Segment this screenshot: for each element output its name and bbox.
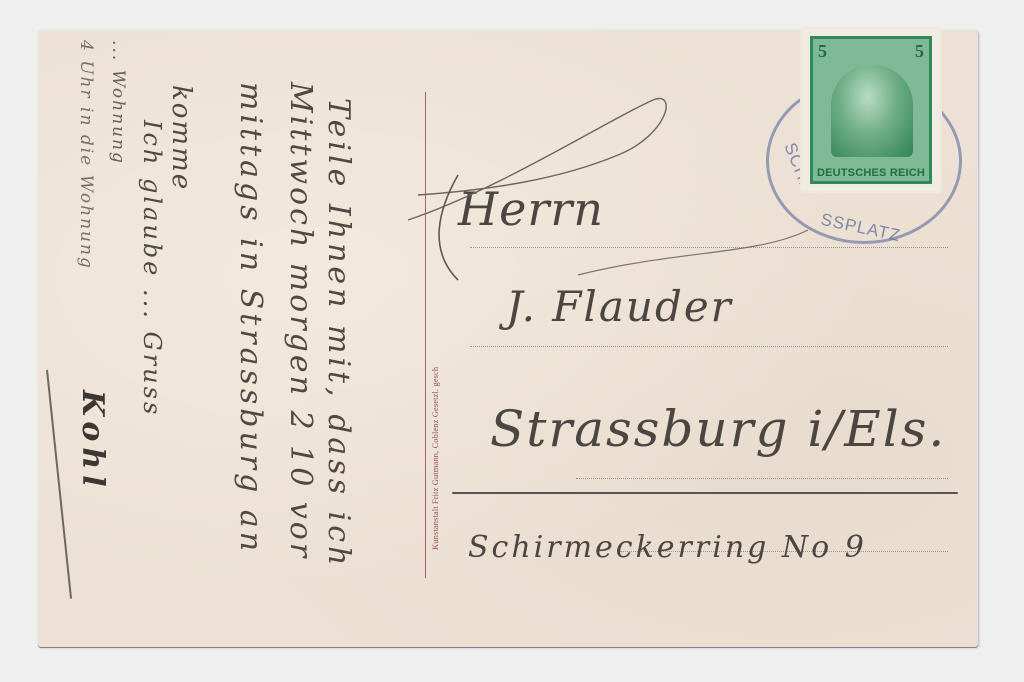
message-column-7: 4 Uhr in die Wohnung [76, 40, 96, 270]
address-city: Strassburg i/Els. [490, 400, 946, 458]
publisher-imprint: Kunstanstalt Fritz Gutmann, Coblenz Gese… [430, 367, 440, 550]
message-column-6: ... Wohnung [108, 40, 128, 165]
stamp-country: DEUTSCHES REICH [813, 167, 929, 179]
address-street: Schirmeckerring No 9 [468, 530, 867, 565]
stamp-value-right: 5 [915, 41, 924, 62]
germania-portrait-icon [831, 65, 913, 157]
message-column-4: komme [166, 85, 196, 191]
message-column-2: Mittwoch morgen 2 10 vor [283, 82, 318, 560]
address-underline [452, 492, 958, 494]
postcard: Teile Ihnen mit, dass ich Mittwoch morge… [38, 30, 978, 647]
postage-stamp: 5 5 DEUTSCHES REICH [802, 29, 940, 191]
address-flourish [378, 80, 838, 300]
stamp-value-left: 5 [818, 41, 827, 62]
message-column-5: Ich glaube ... Gruss [138, 120, 166, 417]
stamp-frame: 5 5 DEUTSCHES REICH [810, 36, 932, 184]
signature: Kohl [75, 390, 110, 493]
message-column-1: Teile Ihnen mit, dass ich [321, 98, 356, 569]
address-guide-line-2 [470, 346, 948, 347]
message-column-3: mittags in Strassburg an [233, 82, 268, 555]
signature-flourish [46, 370, 72, 599]
address-guide-line-3 [576, 478, 948, 479]
